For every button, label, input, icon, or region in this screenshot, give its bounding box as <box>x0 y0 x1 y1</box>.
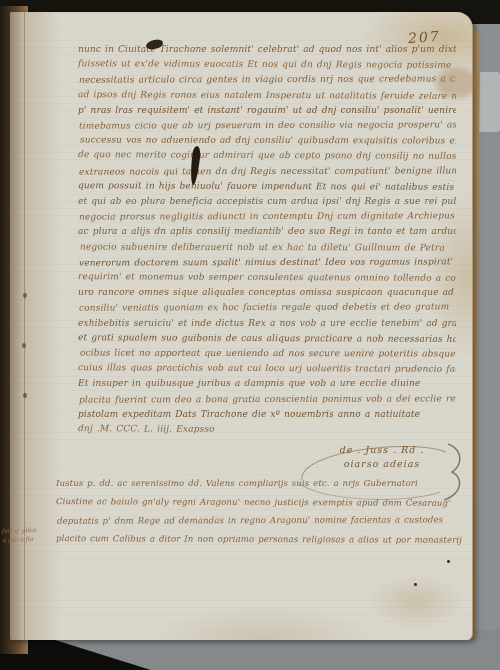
text-line: quem possuit in hijs beniuolu' fauore im… <box>78 179 456 196</box>
ink-speck <box>447 560 450 563</box>
signature-line: de . Juss . Rd . <box>302 444 462 458</box>
text-line: ad ipsos dnj Regis ronos eius natalem In… <box>78 88 456 105</box>
text-line: Ciustine ac baiulo gn'aly regni Aragonu'… <box>56 493 470 513</box>
text-line: p' nras lras requisitem' et instant' rog… <box>78 104 456 119</box>
text-line: et qui ab eo plura beneficia accepistis … <box>78 195 456 210</box>
gutter-crease <box>24 12 25 640</box>
manuscript-photo: 207 nunc in Ciuitate Tirachone solemnit'… <box>0 0 500 670</box>
text-line: exhibebitis seruiciu' et inde dictus Rex… <box>78 317 456 332</box>
ink-speck <box>414 583 417 586</box>
text-line: et grati spualem suo guibonis de caus al… <box>78 331 456 348</box>
secondary-paragraph: Iustus p. dd. ac serenissimo dd. Valens … <box>56 475 470 549</box>
text-line: placita fuerint cum deo a bona gratia co… <box>79 392 456 409</box>
text-line: ocibus licet no apporteat que ueniendo a… <box>80 347 456 363</box>
text-line: necessitatis articulo circa gentes in vi… <box>79 73 456 90</box>
text-line: deputatis p' dnm Rege ad demandas in reg… <box>57 511 470 531</box>
text-line: Et insuper in quibusque juribus a dampni… <box>78 377 456 392</box>
marginal-note-line: q gso a fia <box>2 534 60 545</box>
manuscript-page: 207 nunc in Ciuitate Tirachone solemnit'… <box>10 12 473 640</box>
text-line: cuius illas quas practichis vob aut cui … <box>78 361 456 378</box>
marginal-note: fuit q' glicaq gso a fia <box>2 525 61 545</box>
text-line: uro rancore omnes sique aliquales concep… <box>78 286 456 301</box>
sewing-hole <box>22 343 26 348</box>
text-line: extraneos nacois qui tamen dn dnj Regis … <box>79 164 456 181</box>
text-line: Iustus p. dd. ac serenissimo dd. Valens … <box>56 475 470 494</box>
text-line: consiliu' veniatis quoniam ex hoc faciet… <box>79 301 456 318</box>
text-line: negocia prorsus negligitis adiuncti in c… <box>79 210 456 227</box>
signature-line: oiarso adeias <box>302 458 462 472</box>
text-line: nunc in Ciuitate Tirachone solemnit' cel… <box>78 43 456 58</box>
sewing-hole <box>23 293 27 298</box>
text-line: venerorum doctorem suum spalit' nimius d… <box>79 255 456 272</box>
text-line: ac plura a alijs dn aplis consilij media… <box>78 225 456 240</box>
text-line: de quo nec merito cogimur admirari que a… <box>78 149 456 166</box>
text-line: dnj .M. CCC. L. iiij. Exapsso <box>78 422 456 438</box>
text-line: pistolam expeditam Dats Tirachone die xº… <box>78 408 456 423</box>
signature-block: de . Juss . Rd . oiarso adeias <box>302 444 462 472</box>
text-line: timebamus cicio que ab urj pseueram in d… <box>79 118 456 135</box>
text-line: requirim' et monemus vob semper consulen… <box>78 270 456 287</box>
text-line: placito cum Calibus a ditor In non opria… <box>56 530 470 549</box>
text-line: negocio subuenire deliberauerit nob ut e… <box>80 240 456 256</box>
main-text-block: nunc in Ciuitate Tirachone solemnit' cel… <box>78 43 456 438</box>
paper-stain <box>436 68 478 98</box>
sewing-hole <box>23 393 27 398</box>
